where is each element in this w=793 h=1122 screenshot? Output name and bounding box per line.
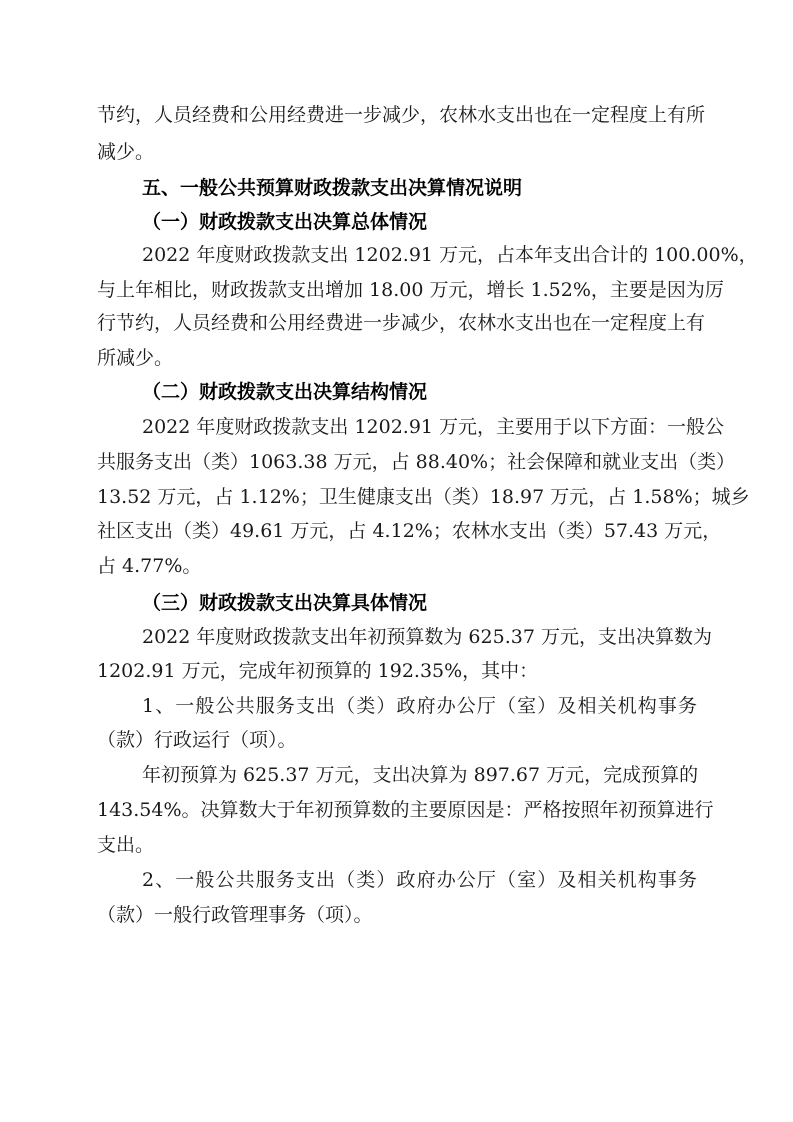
body-text-line: 占 4.77%。 bbox=[97, 551, 697, 581]
body-text-line: 社区支出（类）49.61 万元，占 4.12%；农林水支出（类）57.43 万元… bbox=[97, 516, 697, 546]
body-text-line: （款）行政运行（项）。 bbox=[97, 725, 697, 755]
body-text-line: 1202.91 万元，完成年初预算的 192.35%，其中： bbox=[97, 656, 697, 686]
body-text-line: 2022 年度财政拨款支出年初预算数为 625.37 万元，支出决算数为 bbox=[142, 622, 697, 652]
body-text-line: 与上年相比，财政拨款支出增加 18.00 万元，增长 1.52%，主要是因为厉 bbox=[97, 275, 697, 305]
body-text-line: 共服务支出（类）1063.38 万元，占 88.40%；社会保障和就业支出（类） bbox=[97, 447, 697, 477]
body-text-line: 减少。 bbox=[97, 137, 697, 167]
body-text-line: 所减少。 bbox=[97, 343, 697, 373]
body-text-line: 年初预算为 625.37 万元，支出决算为 897.67 万元，完成预算的 bbox=[142, 760, 697, 790]
document-page: 节约，人员经费和公用经费进一步减少，农林水支出也在一定程度上有所减少。五、一般公… bbox=[0, 0, 793, 1122]
body-text-line: （款）一般行政管理事务（项）。 bbox=[97, 900, 697, 930]
body-text-line: 13.52 万元，占 1.12%；卫生健康支出（类）18.97 万元，占 1.5… bbox=[97, 482, 697, 512]
body-text-line: 2、一般公共服务支出（类）政府办公厅（室）及相关机构事务 bbox=[142, 865, 697, 895]
body-text-line: 支出。 bbox=[97, 830, 697, 860]
body-text-line: 1、一般公共服务支出（类）政府办公厅（室）及相关机构事务 bbox=[142, 691, 697, 721]
body-text-line: 行节约，人员经费和公用经费进一步减少，农林水支出也在一定程度上有 bbox=[97, 308, 697, 338]
body-text-line: 143.54%。决算数大于年初预算数的主要原因是：严格按照年初预算进行 bbox=[97, 795, 697, 825]
subsection-heading: （二）财政拨款支出决算结构情况 bbox=[142, 377, 697, 407]
body-text-line: 2022 年度财政拨款支出 1202.91 万元，占本年支出合计的 100.00… bbox=[142, 240, 697, 270]
subsection-heading: （三）财政拨款支出决算具体情况 bbox=[142, 588, 697, 618]
subsection-heading: （一）财政拨款支出决算总体情况 bbox=[142, 207, 697, 237]
body-text-line: 2022 年度财政拨款支出 1202.91 万元，主要用于以下方面：一般公 bbox=[142, 412, 697, 442]
body-text-line: 节约，人员经费和公用经费进一步减少，农林水支出也在一定程度上有所 bbox=[97, 100, 697, 130]
section-heading: 五、一般公共预算财政拨款支出决算情况说明 bbox=[142, 173, 697, 203]
